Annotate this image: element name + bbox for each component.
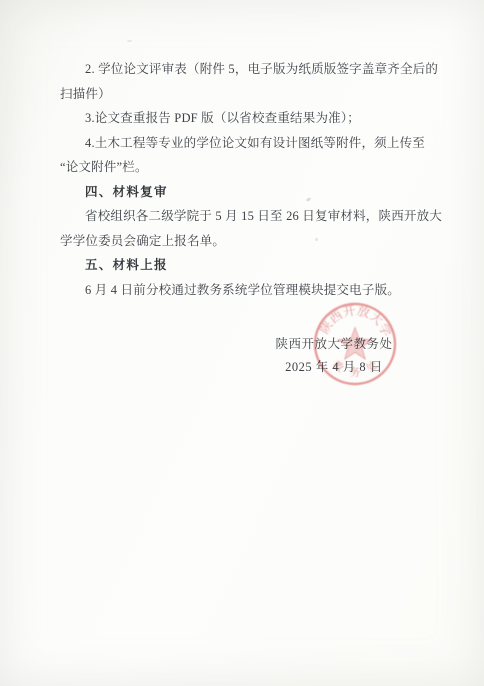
body-line: 扫描件） [60, 82, 434, 107]
section-heading: 五、材料上报 [60, 253, 434, 278]
seal-char: 处 [364, 358, 381, 375]
star-icon [338, 328, 371, 360]
section-heading: 四、材料复审 [60, 180, 434, 205]
body-line: 3.论文查重报告 PDF 版（以省校查重结果为准）； [60, 106, 434, 131]
seal-char: 务 [350, 366, 361, 379]
body-line: 学学位委员会确定上报名单。 [60, 229, 434, 254]
body-line: 4.土木工程等专业的学位论文如有设计图纸等附件，须上传至 [60, 131, 434, 156]
official-seal-stamp: 陕 西 开 放 大 学 教 务 处 [302, 291, 408, 397]
scanned-document-page: 2. 学位论文评审表（附件 5，电子版为纸质版签字盖章齐全后的 扫描件） 3.论… [0, 0, 484, 686]
body-line: 省校组织各二级学院于 5 月 15 日至 26 日复审材料，陕西开放大 [60, 204, 434, 229]
document-body: 2. 学位论文评审表（附件 5，电子版为纸质版签字盖章齐全后的 扫描件） 3.论… [60, 57, 434, 302]
scan-speck [315, 238, 318, 241]
seal-char: 开 [342, 303, 357, 319]
scan-speck [127, 40, 132, 42]
body-line: 2. 学位论文评审表（附件 5，电子版为纸质版签字盖章齐全后的 [60, 57, 434, 82]
seal-char: 教 [330, 358, 347, 375]
body-line: “论文附件”栏。 [60, 155, 434, 180]
